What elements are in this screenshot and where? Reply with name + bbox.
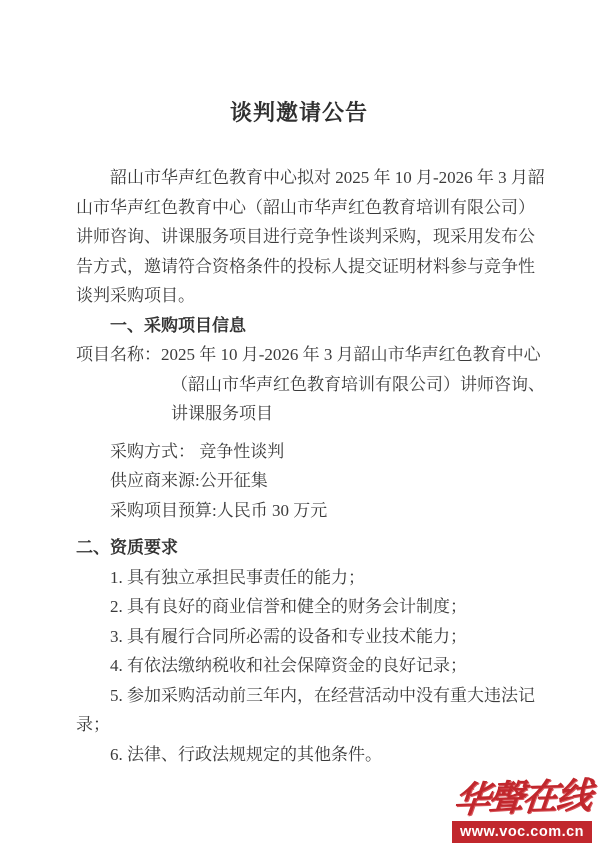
document-line: 讲师咨询、讲课服务项目进行竞争性谈判采购，现采用发布公 (76, 222, 536, 252)
document-line: 供应商来源:公开征集 (76, 466, 536, 496)
document-line: 5. 参加采购活动前三年内，在经营活动中没有重大违法记 (76, 681, 536, 711)
document-body: 韶山市华声红色教育中心拟对 2025 年 10 月-2026 年 3 月韶山市华… (76, 163, 536, 769)
document-line: 韶山市华声红色教育中心拟对 2025 年 10 月-2026 年 3 月韶 (76, 163, 536, 193)
document-line: 讲课服务项目 (76, 399, 536, 429)
huasheng-online-logo: 华聲在线 www.voc.com.cn (452, 776, 592, 843)
logo-url-banner: www.voc.com.cn (452, 821, 592, 843)
document-line: 1. 具有独立承担民事责任的能力； (76, 563, 536, 593)
document-line: 一、采购项目信息 (76, 311, 536, 341)
document-line: 谈判采购项目。 (76, 281, 536, 311)
document-page: 谈判邀请公告 韶山市华声红色教育中心拟对 2025 年 10 月-2026 年 … (0, 0, 600, 849)
document-line: 告方式，邀请符合资格条件的投标人提交证明材料参与竞争性 (76, 252, 536, 282)
document-line: 3. 具有履行合同所必需的设备和专业技术能力； (76, 622, 536, 652)
document-line: 采购方式： 竞争性谈判 (76, 437, 536, 467)
document-title: 谈判邀请公告 (76, 95, 522, 131)
document-line: （韶山市华声红色教育培训有限公司）讲师咨询、 (76, 370, 536, 400)
logo-calligraphy-text: 华聲在线 (449, 774, 594, 823)
document-line: 采购项目预算:人民币 30 万元 (76, 496, 536, 526)
document-line: 4. 有依法缴纳税收和社会保障资金的良好记录； (76, 651, 536, 681)
document-line: 6. 法律、行政法规规定的其他条件。 (76, 740, 536, 770)
document-line: 项目名称：2025 年 10 月-2026 年 3 月韶山市华声红色教育中心 (76, 340, 536, 370)
document-line: 山市华声红色教育中心（韶山市华声红色教育培训有限公司） (76, 193, 536, 223)
document-line: 二、资质要求 (76, 533, 536, 563)
document-line: 录； (76, 710, 536, 740)
document-line: 2. 具有良好的商业信誉和健全的财务会计制度； (76, 592, 536, 622)
